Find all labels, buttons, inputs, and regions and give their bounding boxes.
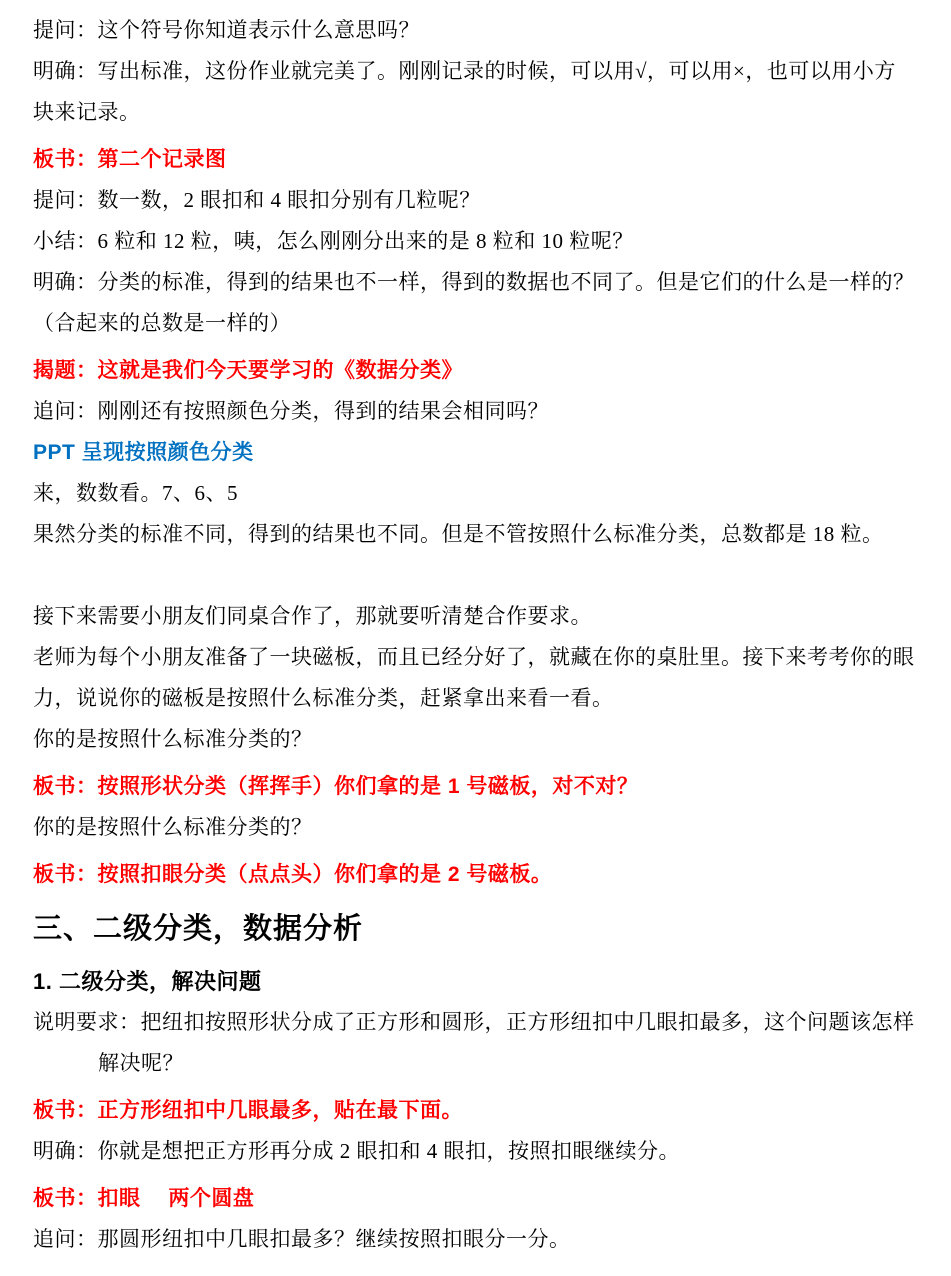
board-note-line: 板书：正方形纽扣中几眼最多，贴在最下面。 (33, 1090, 921, 1131)
doc-line: 小结：6 粒和 12 粒，咦，怎么刚刚分出来的是 8 粒和 10 粒呢？ (33, 221, 921, 262)
lesson-plan-document: 提问：这个符号你知道表示什么意思吗？ 明确：写出标准，这份作业就完美了。刚刚记录… (0, 0, 951, 1276)
doc-line: 提问：数一数，2 眼扣和 4 眼扣分别有几粒呢？ (33, 180, 921, 221)
blank-line (33, 555, 921, 596)
doc-line: 块来记录。 (33, 92, 921, 133)
doc-line: 力，说说你的磁板是按照什么标准分类，赶紧拿出来看一看。 (33, 678, 921, 719)
reveal-topic-line: 揭题：这就是我们今天要学习的《数据分类》 (33, 350, 921, 391)
doc-line: 说明要求：把纽扣按照形状分成了正方形和圆形，正方形纽扣中几眼扣最多，这个问题该怎… (33, 1002, 921, 1043)
ppt-note-line: PPT 呈现按照颜色分类 (33, 432, 921, 473)
board-note-line: 板书：按照形状分类（挥挥手）你们拿的是 1 号磁板，对不对？ (33, 766, 921, 807)
doc-line: 你的是按照什么标准分类的？ (33, 807, 921, 848)
doc-line: 明确：分类的标准，得到的结果也不一样，得到的数据也不同了。但是它们的什么是一样的… (33, 262, 921, 303)
doc-line: 老师为每个小朋友准备了一块磁板，而且已经分好了，就藏在你的桌肚里。接下来考考你的… (33, 637, 921, 678)
doc-line: （合起来的总数是一样的） (33, 303, 921, 344)
board-note-line: 板书：按照扣眼分类（点点头）你们拿的是 2 号磁板。 (33, 854, 921, 895)
doc-line: 追问：刚刚还有按照颜色分类，得到的结果会相同吗？ (33, 391, 921, 432)
doc-line: 解决呢？ (33, 1043, 921, 1084)
doc-line: 接下来需要小朋友们同桌合作了，那就要听清楚合作要求。 (33, 596, 921, 637)
doc-line: 明确：你就是想把正方形再分成 2 眼扣和 4 眼扣，按照扣眼继续分。 (33, 1131, 921, 1172)
section-heading: 三、二级分类，数据分析 (33, 905, 921, 953)
board-note-line: 板书：第二个记录图 (33, 139, 921, 180)
doc-line: 你的是按照什么标准分类的？ (33, 719, 921, 760)
doc-line: 明确：写出标准，这份作业就完美了。刚刚记录的时候，可以用√，可以用×，也可以用小… (33, 51, 921, 92)
doc-line: 提问：这个符号你知道表示什么意思吗？ (33, 10, 921, 51)
doc-line: 追问：那圆形纽扣中几眼扣最多？继续按照扣眼分一分。 (33, 1219, 921, 1260)
doc-line: 果然分类的标准不同，得到的结果也不同。但是不管按照什么标准分类，总数都是 18 … (33, 514, 921, 555)
subsection-heading: 1. 二级分类，解决问题 (33, 961, 921, 1002)
board-note-line: 板书：扣眼 两个圆盘 (33, 1178, 921, 1219)
doc-line: 来，数数看。7、6、5 (33, 473, 921, 514)
